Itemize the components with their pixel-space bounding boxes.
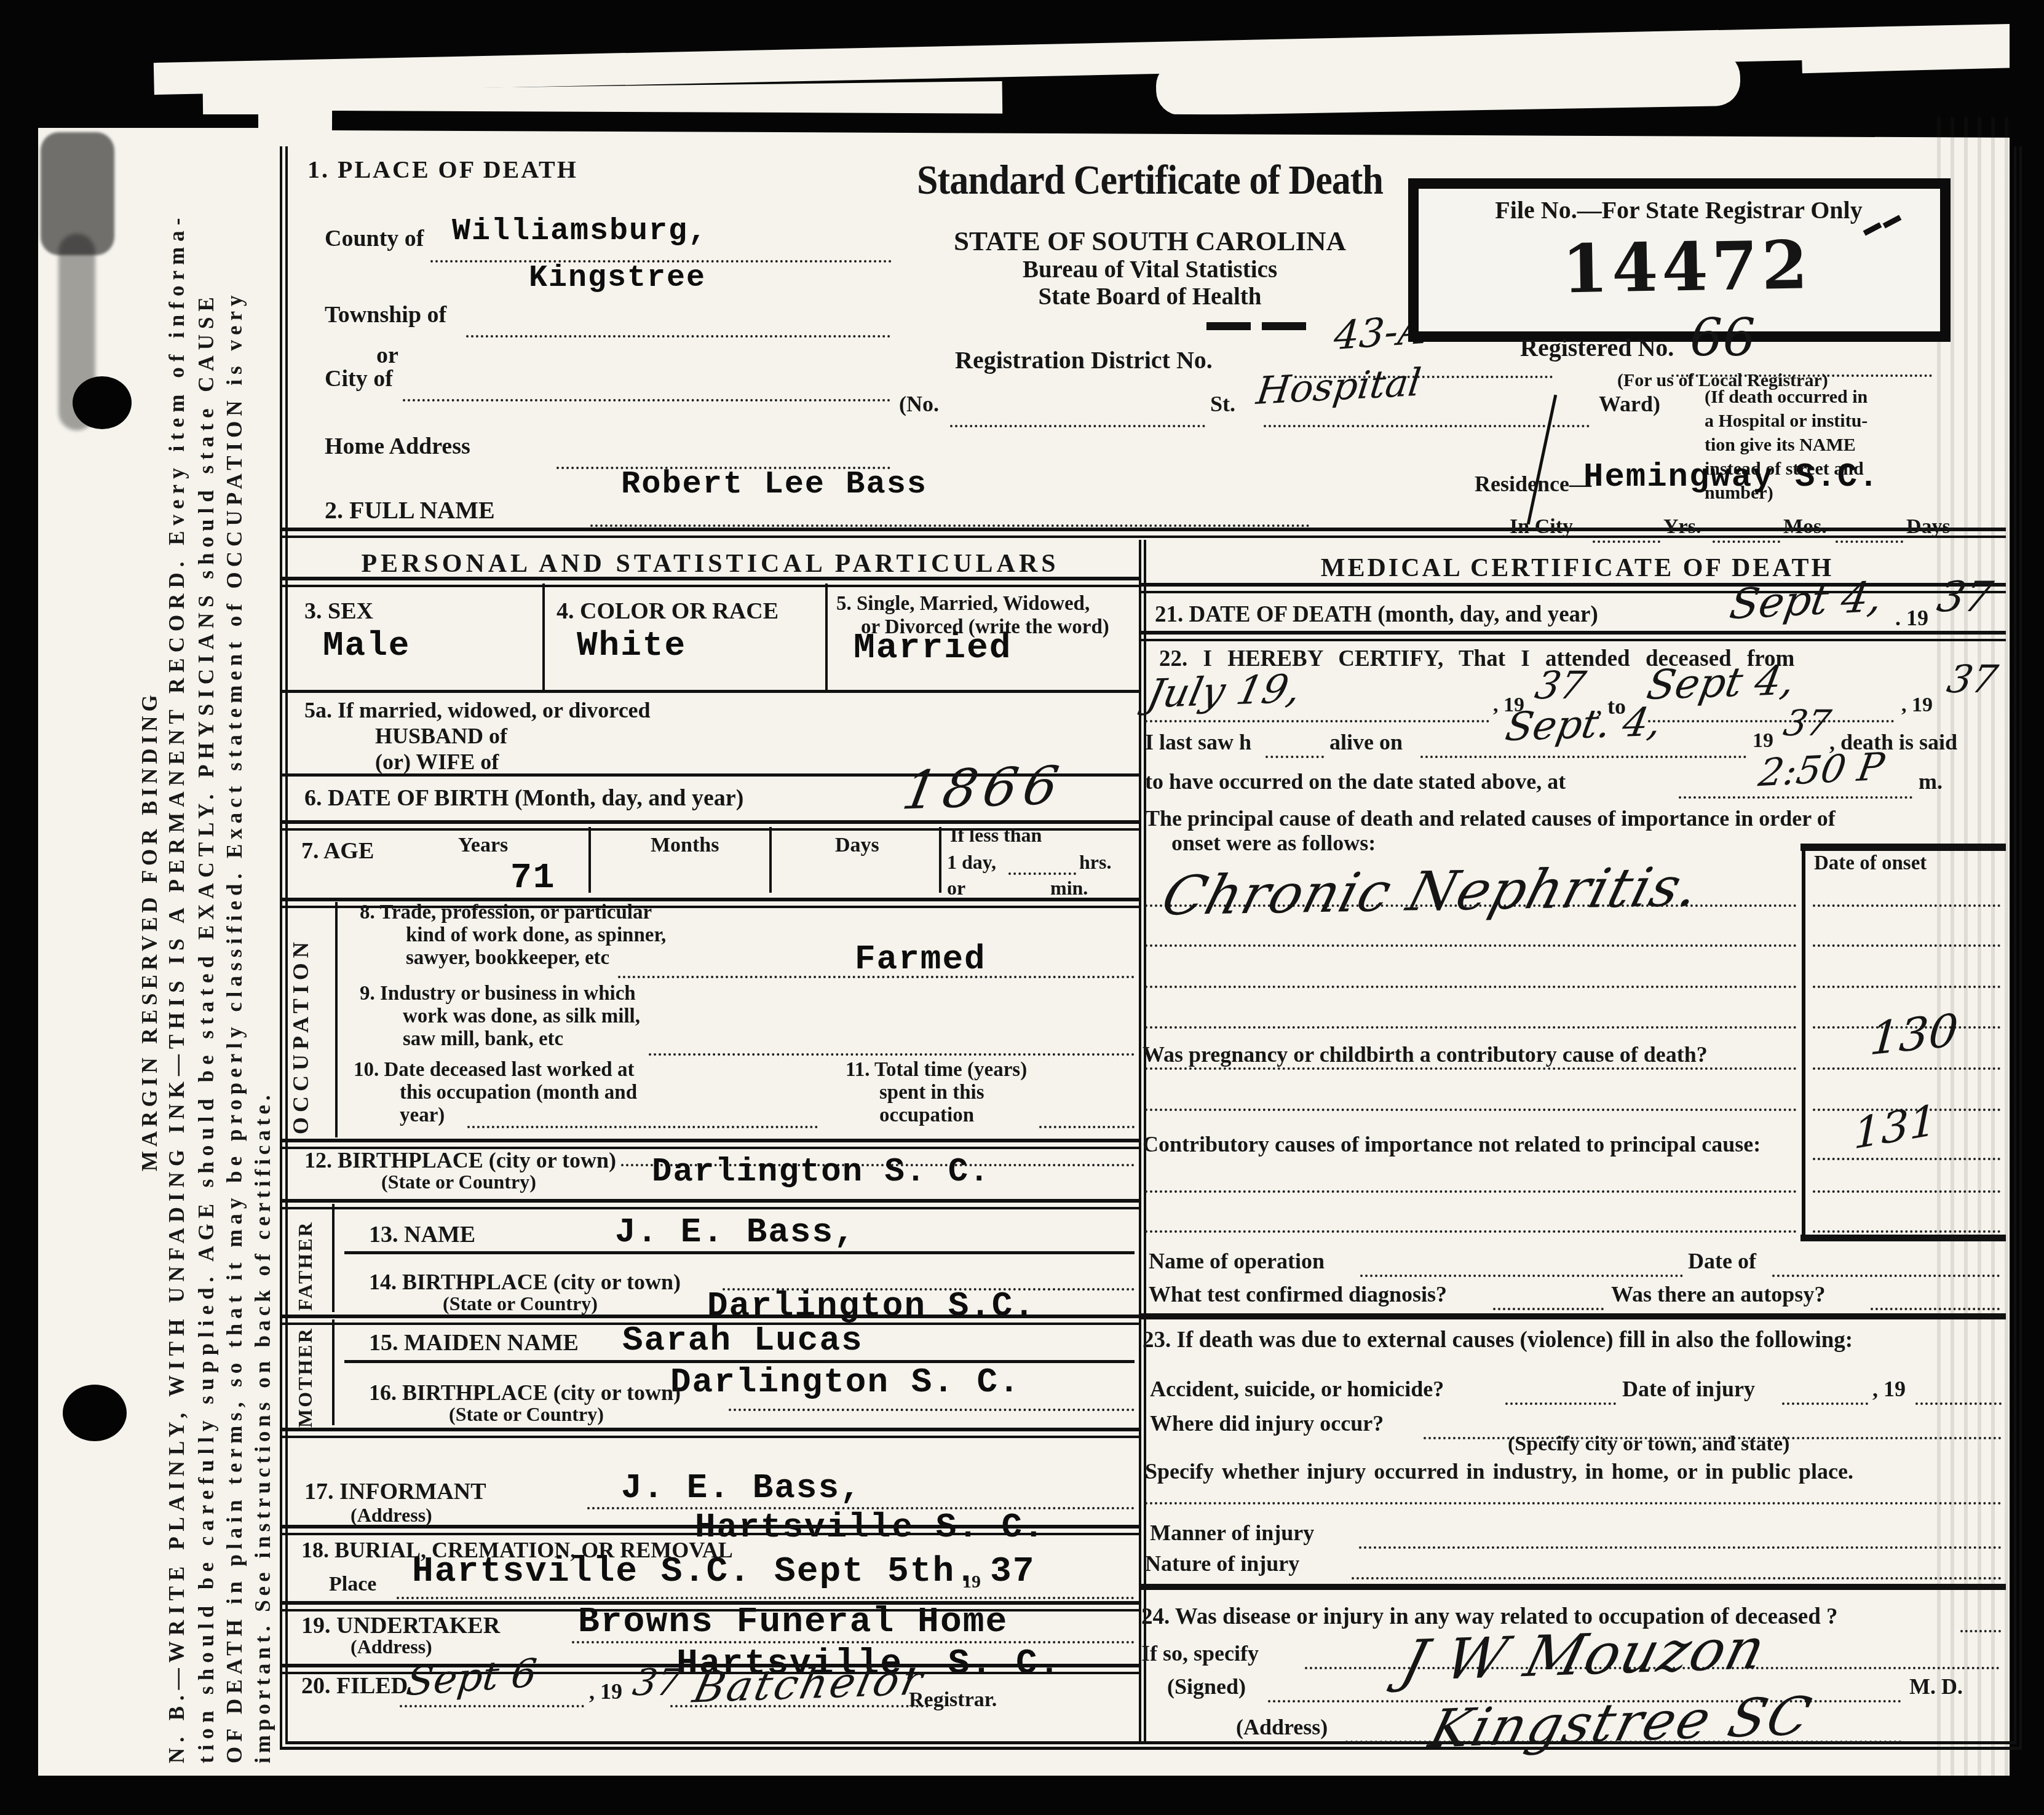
home-address-label: Home Address [325, 433, 470, 460]
age-years-label: Years [458, 834, 508, 857]
where-injury-label: Where did injury occur? [1150, 1410, 1384, 1436]
scan-streak [1801, 29, 2044, 73]
full-name-value: Robert Lee Bass [621, 466, 927, 502]
dotted-line [670, 1703, 929, 1707]
item9-line1: 9. Industry or business in which [360, 983, 636, 1005]
item18-place-label: Place [329, 1573, 376, 1596]
cell-divider [939, 827, 941, 893]
scan-streak [1155, 52, 1740, 116]
dotted-line [1145, 718, 1489, 722]
dotted-line [1145, 943, 1797, 947]
mother-side-label: MOTHER [294, 1327, 317, 1428]
dotted-line [950, 423, 1205, 427]
city-label: City of [325, 365, 393, 392]
cell-divider [769, 827, 772, 893]
item11-line1: 11. Total time (years) [846, 1059, 1027, 1081]
item18-19-printed: 19 [962, 1572, 981, 1592]
item20-year-handwritten: 37 [630, 1661, 684, 1704]
item20-19-printed: , 19 [589, 1679, 622, 1704]
item22-from-year: 37 [1531, 663, 1589, 708]
scanned-death-certificate: MARGIN RESERVED FOR BINDING N. B.—WRITE … [0, 0, 2044, 1815]
color-race-label: 4. COLOR OR RACE [557, 598, 778, 625]
dotted-line [1648, 718, 1894, 722]
item5a-line3: (or) WIFE of [375, 749, 499, 775]
no-label: (No. [899, 391, 939, 417]
cell-divider [588, 827, 591, 893]
item17-label: 17. INFORMANT [304, 1478, 486, 1505]
item17-value: J. E. Bass, [621, 1468, 862, 1508]
address-label: (Address) [1236, 1714, 1328, 1740]
item11-line3: occupation [879, 1104, 974, 1127]
dotted-line [1505, 1401, 1616, 1405]
state-line: STATE OF SOUTH CAROLINA [885, 225, 1414, 257]
accident-label: Accident, suicide, or homicide? [1150, 1376, 1444, 1402]
age-days-label: Days [835, 834, 879, 857]
dotted-line [1836, 539, 1903, 543]
dotted-line [1145, 1500, 2002, 1505]
if-so-label: If so, specify [1141, 1640, 1259, 1666]
dotted-line [1772, 1273, 2000, 1277]
row-rule [1139, 631, 2006, 641]
item9-line2: work was done, as silk mill, [403, 1005, 640, 1028]
color-race-value: White [577, 626, 686, 665]
marital-label-line1: 5. Single, Married, Widowed, [836, 593, 1090, 615]
scan-bottom-band [0, 1776, 2044, 1815]
gutter-line [335, 902, 338, 1137]
masthead-dash [1262, 322, 1306, 330]
item17-address-label: (Address) [351, 1504, 432, 1527]
less-than-label1: If less than [950, 824, 1042, 847]
item22-to-month: Sept 4, [1643, 657, 1798, 709]
board-line: State Board of Health [885, 283, 1414, 310]
row-rule [344, 1251, 1135, 1254]
dotted-line [1915, 1401, 2002, 1405]
gutter-line [332, 1204, 335, 1312]
item22-to-year: 37 [1943, 657, 2001, 702]
item10-line2: this occupation (month and [400, 1081, 637, 1104]
item18-value: Hartsville S.C. Sept 5th. [412, 1552, 978, 1592]
punch-hole [73, 376, 132, 429]
principal-cause-line1: The principal cause of death and related… [1145, 805, 1836, 831]
dotted-line [1352, 1575, 2002, 1580]
row-rule [280, 1428, 1139, 1438]
dotted-line [1145, 1107, 1797, 1111]
dotted-line [1813, 1156, 2000, 1160]
item19-address-label: (Address) [351, 1635, 432, 1658]
dotted-line [466, 333, 890, 338]
last-saw-label1: I last saw h [1145, 729, 1251, 755]
cell-divider [825, 583, 828, 690]
marital-value: Married [854, 628, 1012, 668]
registered-no-label: Registered No. [1520, 333, 1674, 362]
item19-value: Browns Funeral Home [578, 1602, 1008, 1642]
hospital-note-line3: tion give its NAME [1705, 433, 1856, 457]
gutter-line [332, 1319, 335, 1425]
dotted-line [1813, 1066, 2000, 1070]
scan-left-band [0, 0, 38, 1815]
item16-label1: 16. BIRTHPLACE (city or town) [369, 1380, 681, 1406]
masthead-dash [1206, 322, 1251, 330]
dotted-line [1145, 1228, 1797, 1233]
father-side-label: FATHER [294, 1220, 317, 1311]
item11-line2: spent in this [879, 1081, 984, 1104]
dotted-line [1039, 1124, 1135, 1128]
last-saw-label2: alive on [1329, 729, 1403, 755]
principal-cause-line2: onset were as follows: [1171, 830, 1376, 856]
age-years-value: 71 [510, 858, 556, 898]
operation-date-label: Date of [1688, 1248, 1756, 1274]
item15-value: Sarah Lucas [622, 1321, 863, 1360]
dotted-line [1145, 1024, 1797, 1029]
in-city-label: In City [1510, 515, 1573, 539]
dotted-line [1359, 1544, 2002, 1549]
last-saw-value: Sept. 4, [1502, 700, 1665, 751]
days-label: Days [1906, 515, 1951, 539]
dotted-line [1960, 1628, 2001, 1632]
onset-code-130: 130 [1868, 1004, 1960, 1066]
dotted-line [467, 1124, 818, 1128]
registrar-label: Registrar. [909, 1688, 997, 1712]
row-rule [280, 1525, 1139, 1535]
injury-date-label: Date of injury [1622, 1376, 1755, 1402]
item22-19b-printed: , 19 [1901, 694, 1933, 717]
item13-value: J. E. Bass, [615, 1212, 856, 1252]
margin-nb-line2: tion should be carefully supplied. AGE s… [194, 291, 219, 1763]
onset-column-bottom-rule [1800, 1235, 2006, 1241]
onset-column-divider [1802, 844, 1805, 1237]
cause-of-death-value: Chronic Nephritis. [1155, 855, 1708, 927]
item21-19-printed: . 19 [1895, 605, 1928, 631]
injury-19-printed: , 19 [1872, 1376, 1906, 1402]
dotted-line [729, 1407, 1135, 1411]
physician-signature: J W Mouzon [1395, 1616, 1773, 1694]
dotted-line [649, 1051, 1135, 1056]
item8-value: Farmed [855, 939, 986, 979]
less-than-label2a: 1 day, [947, 851, 996, 874]
manner-injury-label: Manner of injury [1150, 1520, 1314, 1546]
md-label: M. D. [1909, 1674, 1963, 1699]
item12-label1: 12. BIRTHPLACE (city or town) [304, 1147, 616, 1173]
occurred-time: 2:50 P [1756, 744, 1887, 795]
file-number-value: 14472 [1561, 226, 1812, 308]
last-saw-19-printed: 19 [1753, 729, 1773, 753]
st-label: St. [1210, 391, 1235, 417]
occurred-label: to have occurred on the date stated abov… [1145, 769, 1566, 794]
dotted-line [1813, 1228, 2000, 1233]
section-rule [280, 577, 1139, 587]
less-than-label3a: or [947, 877, 965, 900]
specify-city-label: (Specify city or town, and state) [1508, 1433, 1789, 1456]
signed-label: (Signed) [1167, 1674, 1246, 1699]
item21-year: 37 [1933, 573, 1997, 622]
place-of-death-label: 1. PLACE OF DEATH [307, 155, 578, 184]
dotted-line [1264, 423, 1590, 427]
dotted-line [1813, 943, 2000, 947]
age-label: 7. AGE [301, 837, 374, 864]
county-value: Williamsburg, [452, 214, 708, 249]
full-name-label: 2. FULL NAME [325, 496, 495, 524]
item22-from-month: July 19, [1143, 666, 1305, 718]
dotted-line [1266, 754, 1324, 758]
item12-label2: (State or Country) [381, 1171, 536, 1193]
dotted-line [1008, 871, 1076, 875]
item5a-line1: 5a. If married, widowed, or divorced [304, 697, 651, 723]
dotted-line [1593, 539, 1660, 543]
registered-no-value: 66 [1690, 307, 1756, 368]
dotted-line [1420, 754, 1746, 758]
dotted-line [1360, 1273, 1683, 1277]
item16-label2: (State or Country) [449, 1403, 604, 1426]
residence-label: Residence— [1475, 471, 1591, 497]
county-label: County of [325, 225, 424, 252]
item9-line3: saw mill, bank, etc [403, 1028, 563, 1051]
dotted-line [1813, 1188, 2000, 1193]
item18-year: 37 [990, 1552, 1036, 1592]
dotted-line [1813, 984, 2000, 988]
item10-line1: 10. Date deceased last worked at [354, 1059, 634, 1081]
item8-line3: sawyer, bookkeeper, etc [406, 947, 609, 970]
dob-value: 1866 [898, 755, 1069, 822]
last-saw-year: 37 [1780, 702, 1834, 744]
less-than-label2b: hrs. [1079, 851, 1111, 874]
margin-binding-note: MARGIN RESERVED FOR BINDING [138, 690, 162, 1171]
item10-line3: year) [400, 1104, 445, 1127]
dotted-line [1813, 903, 2000, 907]
dotted-line [403, 397, 890, 401]
date-of-onset-label: Date of onset [1814, 852, 1927, 875]
hospital-note-line1: (If death occurred in [1705, 385, 1868, 409]
registration-district-label: Registration District No. [955, 346, 1213, 374]
dotted-line [590, 523, 1310, 527]
scan-smudge [37, 114, 258, 128]
section-rule [1139, 1584, 2006, 1590]
dotted-line [1679, 794, 1912, 799]
row-rule [280, 690, 1139, 693]
occupation-side-label: OCCUPATION [288, 937, 314, 1134]
autopsy-label: Was there an autopsy? [1611, 1281, 1825, 1307]
dotted-line [1145, 1066, 1797, 1070]
item23-label: 23. If death was due to external causes … [1143, 1327, 1853, 1353]
dotted-line [572, 1639, 1135, 1643]
item21-value: Sept 4, [1726, 573, 1885, 630]
punch-hole [63, 1385, 127, 1441]
occurred-m-label: m. [1919, 769, 1943, 794]
item14-label2: (State or Country) [443, 1292, 598, 1315]
item8-line1: 8. Trade, profession, or particular [360, 901, 652, 924]
hospital-note-line2: a Hospital or institu- [1705, 409, 1868, 433]
header-bottom-rule [280, 528, 2006, 538]
item21-label: 21. DATE OF DEATH (month, day, and year) [1155, 601, 1598, 628]
residence-value: Hemingway S.C. [1583, 459, 1880, 496]
dotted-line [397, 1595, 1135, 1599]
personal-section-title: PERSONAL AND STATISTICAL PARTICULARS [289, 549, 1131, 579]
st-value-handwritten: Hospital [1254, 360, 1424, 413]
margin-nb-line1: N. B.—WRITE PLAINLY, WITH UNFADING INK—T… [165, 213, 189, 1763]
bureau-line: Bureau of Vital Statistics [885, 256, 1414, 283]
row-rule [280, 1199, 1139, 1209]
sex-label: 3. SEX [304, 598, 373, 625]
age-months-label: Months [651, 834, 719, 857]
item16-value: Darlington S. C. [670, 1362, 1021, 1402]
item20-date-handwritten: Sept 6 [404, 1651, 539, 1705]
item13-label: 13. NAME [369, 1221, 475, 1248]
less-than-label3b: min. [1050, 877, 1088, 900]
dotted-line [1871, 1306, 2000, 1310]
item20-label: 20. FILED [301, 1672, 408, 1699]
sex-value: Male [323, 626, 410, 665]
dotted-line [1493, 1306, 1604, 1310]
section-rule [1139, 1313, 2006, 1319]
item8-line2: kind of work done, as spinner, [406, 924, 666, 947]
ward-label: Ward) [1599, 391, 1660, 417]
dotted-line [1782, 1401, 1868, 1405]
item15-label: 15. MAIDEN NAME [369, 1329, 579, 1356]
margin-nb-line3: OF DEATH in plain terms, so that it may … [223, 290, 247, 1763]
item14-label1: 14. BIRTHPLACE (city or town) [369, 1269, 681, 1295]
dotted-line [1713, 539, 1780, 543]
county-value-line2: Kingstree [529, 261, 706, 296]
file-box-label: File No.—For State Registrar Only [1420, 196, 1937, 224]
dotted-line [1145, 1188, 1797, 1193]
nature-injury-label: Nature of injury [1145, 1551, 1299, 1576]
margin-nb-line4: important. See instructions on back of c… [251, 1091, 275, 1763]
dob-label: 6. DATE OF BIRTH (Month, day, and year) [304, 785, 743, 812]
contributory-label: Contributory causes of importance not re… [1143, 1131, 1761, 1157]
certificate-title: Standard Certificate of Death [885, 157, 1414, 204]
pregnancy-label: Was pregnancy or childbirth a contributo… [1143, 1042, 1708, 1067]
specify-where-label: Specify whether injury occurred in indus… [1145, 1458, 1853, 1484]
item5a-line2: HUSBAND of [375, 723, 507, 749]
test-label: What test confirmed diagnosis? [1149, 1281, 1447, 1307]
operation-label: Name of operation [1149, 1248, 1325, 1274]
item12-value: Darlington S. C. [652, 1153, 990, 1191]
onset-column-top-rule [1800, 844, 2006, 851]
township-label: Township of [325, 301, 446, 328]
mos-label: Mos. [1783, 515, 1827, 539]
dotted-line [400, 1703, 584, 1707]
yrs-label: Yrs. [1663, 515, 1701, 539]
cell-divider [542, 583, 545, 690]
dotted-line [1145, 984, 1797, 988]
